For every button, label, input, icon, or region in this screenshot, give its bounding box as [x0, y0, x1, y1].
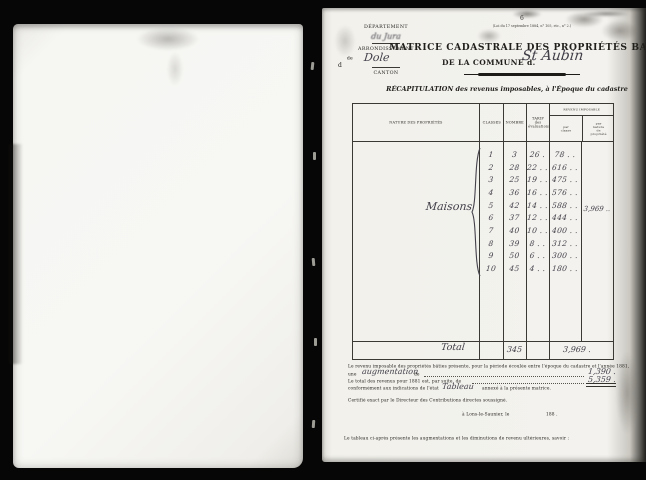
departement-value: du Jura	[336, 32, 437, 41]
table-row: 54214 . .588 . .	[353, 199, 613, 212]
bottom-note: Le tableau ci-après présente les augment…	[344, 436, 569, 441]
total-label: Total	[440, 342, 465, 353]
cell-tarif: 12 . .	[526, 213, 550, 222]
paper-stain	[123, 22, 213, 56]
page-edge-shadow	[9, 144, 23, 364]
cell-tarif: 10 . .	[526, 226, 550, 235]
recapitulation-table: NATURE DES PROPRIÉTÉS CLASSES NOMBRE TAR…	[352, 103, 614, 360]
cell-revenu: 400 . .	[549, 226, 582, 235]
page-title: MATRICE CADASTRALE DES PROPRIÉTÉS BATIES	[389, 42, 629, 53]
header-revenu-imposable: REVENU IMPOSABLE	[550, 104, 613, 116]
cell-revenu: 576 . .	[549, 188, 582, 197]
cell-tarif: 26 .	[526, 150, 550, 159]
header-tarif: TARIF des évaluations	[526, 104, 549, 141]
table-row: 9506 . .300 . .	[353, 250, 613, 263]
paper-stain	[163, 44, 187, 94]
cell-classe: 4	[479, 188, 504, 197]
cell-nombre: 28	[503, 163, 527, 172]
header-nature: NATURE DES PROPRIÉTÉS	[353, 104, 479, 141]
cell-revenu: 475 . .	[549, 175, 582, 184]
commune-handwritten-value: St Aubin	[521, 48, 584, 64]
header-par-classe: par classe	[550, 116, 582, 142]
arrondissement-line: de Dole	[336, 53, 436, 65]
table-row: 74010 . .400 . .	[353, 224, 613, 237]
cell-nombre: 50	[503, 251, 527, 260]
year-fragment: 188 .	[546, 412, 558, 417]
grouping-brace	[470, 146, 482, 278]
cell-nombre: 25	[503, 175, 527, 184]
binding-stitch	[311, 62, 315, 70]
footer-line4-handwritten: Tableau	[442, 382, 475, 391]
cell-nombre: 40	[503, 226, 527, 235]
cell-tarif: 22 . .	[526, 163, 550, 172]
certify-line: Certifié exact par le Directeur des Cont…	[348, 398, 507, 403]
footer-line2-suffix: de	[414, 372, 420, 377]
arrondissement-value: Dole	[363, 51, 390, 64]
table-body-rows: 1326 .78 . .22822 . .616 . .32519 . .475…	[353, 141, 613, 341]
total-nombre-value: 345	[503, 345, 527, 354]
footer-line2-prefix: une	[348, 372, 357, 377]
cell-revenu: 300 . .	[549, 251, 582, 260]
cell-tarif: 19 . .	[526, 175, 550, 184]
binding-stitch	[314, 338, 317, 346]
cell-nombre: 39	[503, 239, 527, 248]
header-classes: CLASSES	[479, 104, 503, 141]
cell-classe: 9	[479, 251, 504, 260]
cell-tarif: 8 . .	[526, 239, 550, 248]
matrice-form-page: DÉPARTEMENT du Jura ARRONDISSEMENT de Do…	[322, 8, 646, 462]
page-number: 6	[520, 15, 524, 22]
table-row: 22822 . .616 . .	[353, 161, 613, 174]
cell-tarif: 16 . .	[526, 188, 550, 197]
header-revenu-subcolumns: par classe par nature de propriété	[550, 116, 613, 142]
cell-classe: 6	[479, 213, 504, 222]
scanned-register-spread: DÉPARTEMENT du Jura ARRONDISSEMENT de Do…	[0, 0, 646, 480]
sum-rule	[586, 383, 616, 387]
table-rule	[353, 341, 613, 342]
cell-classe: 5	[479, 201, 504, 210]
canton-de: d	[338, 62, 342, 69]
cell-revenu: 588 . .	[549, 201, 582, 210]
cell-revenu: 180 . .	[549, 264, 582, 273]
cell-classe: 2	[479, 163, 504, 172]
cell-revenu: 616 . .	[549, 163, 582, 172]
table-row: 63712 . .444 . .	[353, 211, 613, 224]
footer-line2-handwritten: augmentation	[362, 367, 419, 376]
cell-revenu: 78 . .	[549, 150, 582, 159]
total-revenu-value: 3,969 .	[549, 345, 606, 354]
cell-nombre: 36	[503, 188, 527, 197]
table-row: 1326 .78 . .	[353, 148, 613, 161]
title-divider	[478, 73, 566, 76]
cell-nombre: 42	[503, 201, 527, 210]
cell-classe: 8	[479, 239, 504, 248]
cell-nombre: 45	[503, 264, 527, 273]
cell-nombre: 37	[503, 213, 527, 222]
footer-line4-prefix: conformément aux indications de l'état	[348, 386, 439, 391]
cell-classe: 3	[479, 175, 504, 184]
dotted-leader	[424, 376, 584, 377]
table-row: 43616 . .576 . .	[353, 186, 613, 199]
cell-revenu: 444 . .	[549, 213, 582, 222]
place-date-line: à Lons-le-Saunier, le	[462, 412, 509, 417]
cell-classe: 1	[479, 150, 504, 159]
section-title: RÉCAPITULATION des revenus imposables, à…	[374, 84, 641, 92]
cell-classe: 7	[479, 226, 504, 235]
canton-label: CANTON	[346, 70, 426, 76]
header-nombre: NOMBRE	[503, 104, 526, 141]
header-par-nature: par nature de propriété	[582, 116, 614, 142]
cell-nombre: 3	[503, 150, 527, 159]
cell-tarif: 4 . .	[526, 264, 550, 273]
dotted-leader	[472, 383, 584, 384]
cell-revenu: 312 . .	[549, 239, 582, 248]
binding-stitch	[312, 258, 316, 266]
left-blank-page	[13, 24, 303, 468]
paper-stain	[612, 338, 642, 448]
cell-tarif: 6 . .	[526, 251, 550, 260]
binding-stitch	[313, 152, 316, 160]
footer-line4-suffix: annexé à la présente matrice.	[482, 386, 551, 391]
arrondissement-de: de	[347, 56, 353, 62]
law-reference-note: (Loi du 17 septembre 1884, n° 105, etc.,…	[472, 24, 593, 28]
header-revenu-group: REVENU IMPOSABLE par classe par nature d…	[549, 104, 613, 141]
paper-stain	[507, 8, 547, 20]
departement-label: DÉPARTEMENT	[346, 24, 426, 30]
cell-classe: 10	[479, 264, 504, 273]
table-row: 32519 . .475 . .	[353, 173, 613, 186]
cell-tarif: 14 . .	[526, 201, 550, 210]
divider	[372, 67, 400, 68]
table-row: 10454 . .180 . .	[353, 262, 613, 275]
revenu-par-nature-value: 3,969 ..	[581, 205, 614, 213]
binding-stitch	[312, 420, 316, 428]
table-row: 8398 . .312 . .	[353, 237, 613, 250]
